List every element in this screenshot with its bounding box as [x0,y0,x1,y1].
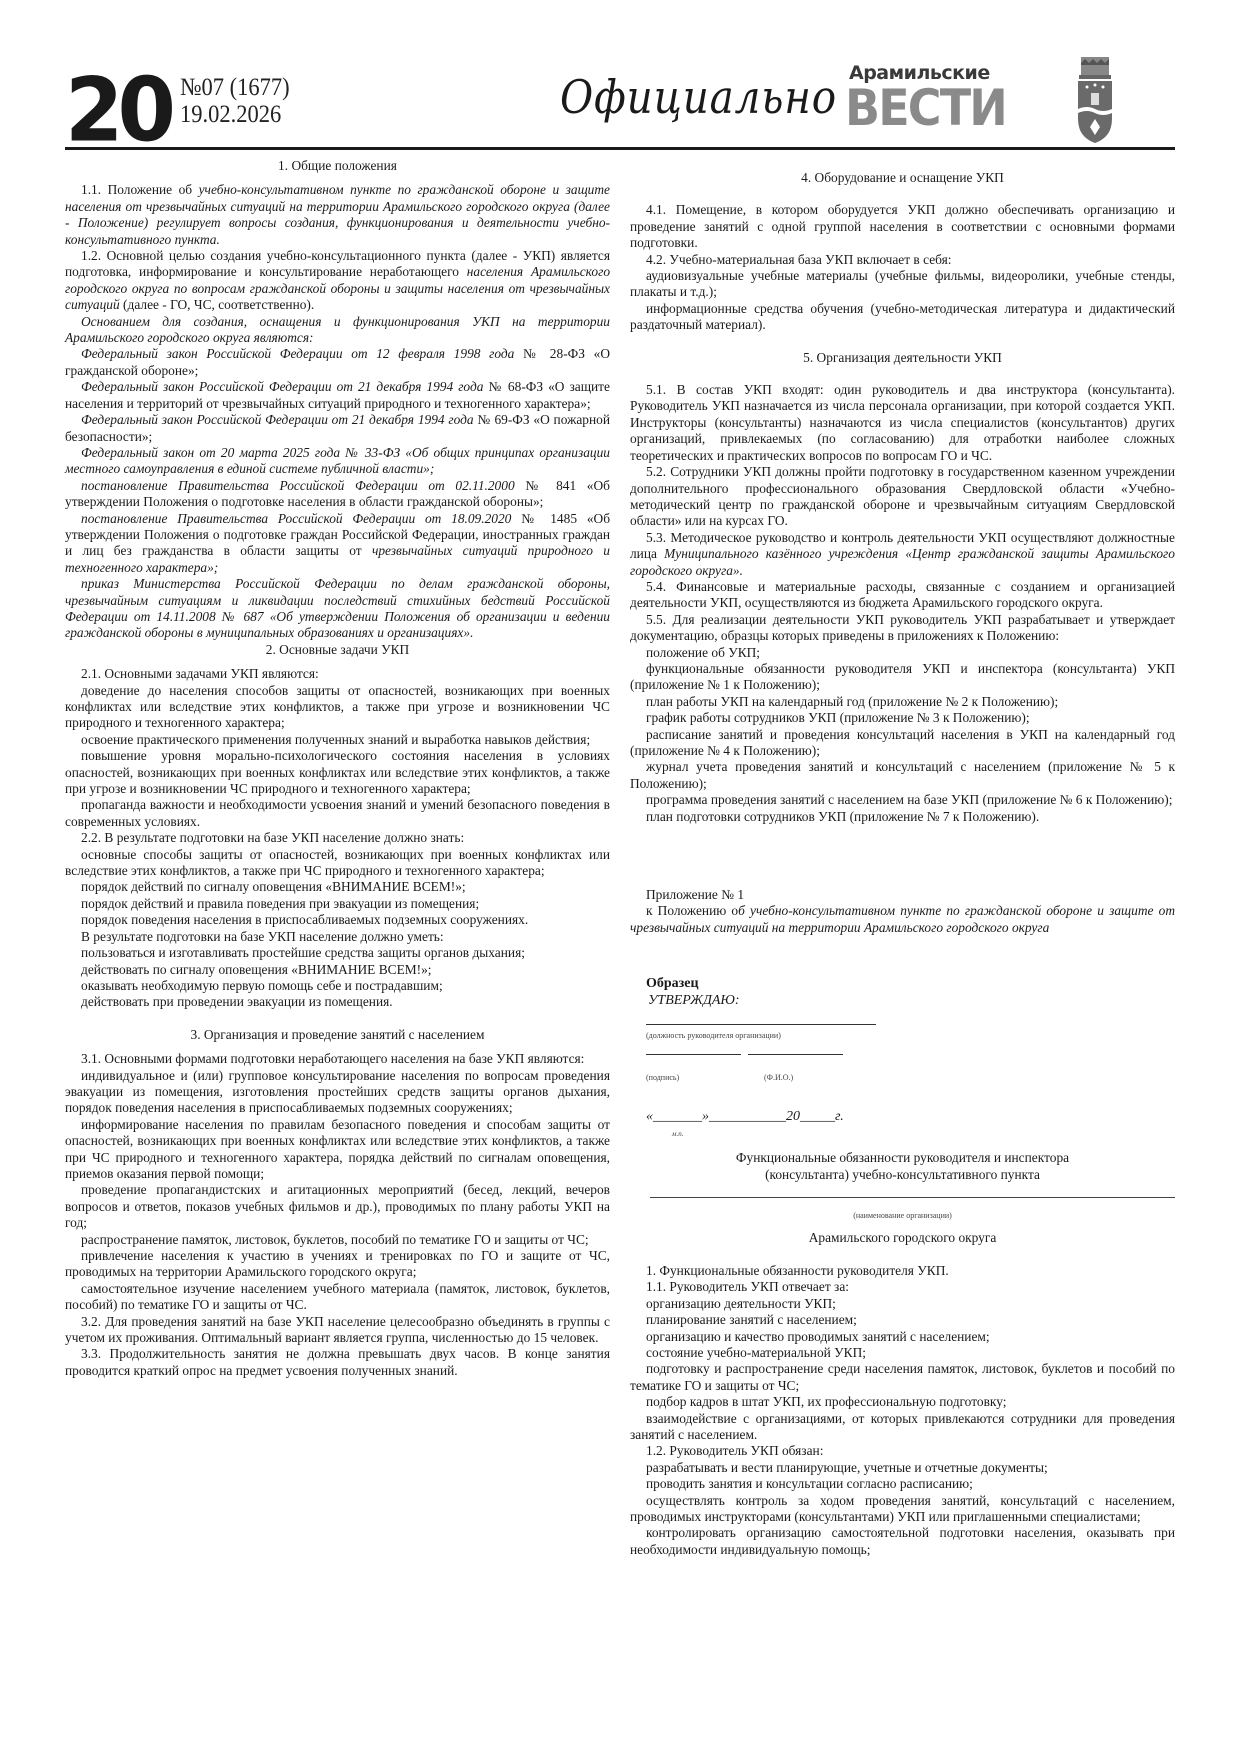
list-item: индивидуальное и (или) групповое консуль… [65,1068,610,1117]
list-item: план подготовки сотрудников УКП (приложе… [630,809,1175,825]
list-item: самостоятельное изучение населением учеб… [65,1281,610,1314]
law-item: Федеральный закон Российской Федерации о… [65,412,610,445]
issue-date: 19.02.2026 [180,101,290,128]
list-item: организацию деятельности УКП; [630,1296,1175,1312]
paragraph-5-4: 5.4. Финансовые и материальные расходы, … [630,579,1175,612]
signature-caption: (подпись) [646,1070,679,1086]
signature-line [646,1054,741,1055]
left-column: 1. Общие положения 1.1. Положение об уче… [65,158,610,1379]
list-item: функциональные обязанности руководителя … [630,661,1175,694]
list-item: положение об УКП; [630,645,1175,661]
documents-list: положение об УКП;функциональные обязанно… [630,645,1175,825]
list-item: доведение до населения способов защиты о… [65,683,610,732]
list-item: состояние учебно-материальной УКП; [630,1345,1175,1361]
list-item: организацию и качество проводимых заняти… [630,1329,1175,1345]
list-item: контролировать организацию самостоятельн… [630,1525,1175,1558]
section-2-list: 2.1. Основными задачами УКП являются:дов… [65,666,610,1011]
list-item: журнал учета проведения занятий и консул… [630,759,1175,792]
list-item: 2.1. Основными задачами УКП являются: [65,666,610,682]
stamp-caption: м.п. [672,1126,683,1142]
list-item: порядок действий и правила поведения при… [65,896,610,912]
list-item: действовать при проведении эвакуации из … [65,994,610,1010]
list-item: основные способы защиты от опасностей, в… [65,847,610,880]
law-item: постановление Правительства Российской Ф… [65,478,610,511]
list-item: планирование занятий с населением; [630,1312,1175,1328]
appendix-reference: к Положению об учебно-консультативном пу… [630,903,1175,936]
basis-paragraph: Основанием для создания, оснащения и фун… [65,314,610,347]
list-item: расписание занятий и проведения консульт… [630,727,1175,760]
list-item: программа проведения занятий с население… [630,792,1175,808]
list-item: 3.2. Для проведения занятий на базе УКП … [65,1314,610,1347]
list-item: 1.2. Руководитель УКП обязан: [630,1443,1175,1459]
list-item: информационные средства обучения (учебно… [630,301,1175,334]
law-item: приказ Министерства Российской Федерации… [65,576,610,642]
law-item: Федеральный закон Российской Федерации о… [65,346,610,379]
list-item: подготовку и распространение среди насел… [630,1361,1175,1394]
organization-caption: (наименование организации) [630,1208,1175,1224]
list-item: аудиовизуальные учебные материалы (учебн… [630,268,1175,301]
list-item: повышение уровня морально-психологическо… [65,748,610,797]
section-2-title: 2. Основные задачи УКП [65,642,610,658]
list-item: осуществлять контроль за ходом проведени… [630,1493,1175,1526]
list-item: оказывать необходимую первую помощь себе… [65,978,610,994]
law-item: Федеральный закон от 20 марта 2025 года … [65,445,610,478]
list-item: 4.1. Помещение, в котором оборудуется УК… [630,202,1175,251]
list-item: подбор кадров в штат УКП, их профессиона… [630,1394,1175,1410]
list-item: распространение памяток, листовок, букле… [65,1232,610,1248]
list-item: 3.3. Продолжительность занятия не должна… [65,1346,610,1379]
issue-number: №07 (1677) [180,74,290,101]
date-line: «_______»___________20_____г. [646,1109,844,1125]
paragraph-5-2: 5.2. Сотрудники УКП должны пройти подгот… [630,464,1175,530]
section-4-list: 4.1. Помещение, в котором оборудуется УК… [630,202,1175,333]
list-item: пропаганда важности и необходимости усво… [65,797,610,830]
list-item: проводить занятия и консультации согласн… [630,1476,1175,1492]
right-column: 4. Оборудование и оснащение УКП 4.1. Пом… [630,158,1175,1558]
coat-of-arms-icon [1075,57,1115,145]
list-item: информирование населения по правилам без… [65,1117,610,1183]
paragraph-1-2: 1.2. Основной целью создания учебно-конс… [65,248,610,314]
section-5-title: 5. Организация деятельности УКП [630,350,1175,366]
list-item: порядок поведения населения в приспосабл… [65,912,610,928]
organization-line [650,1189,1175,1198]
paragraph-5-1: 5.1. В состав УКП входят: один руководит… [630,382,1175,464]
duties-title: Функциональные обязанности руководителя … [630,1150,1175,1183]
section-rubric: Официально [560,70,837,124]
name-line [748,1054,843,1055]
list-item: действовать по сигналу оповещения «ВНИМА… [65,962,610,978]
section-4-title: 4. Оборудование и оснащение УКП [630,170,1175,186]
approval-form: Образец УТВЕРЖДАЮ: (должность руководите… [646,976,1175,1146]
approve-label: УТВЕРЖДАЮ: [648,993,740,1009]
position-line [646,1024,876,1025]
issue-info: №07 (1677) 19.02.2026 [180,74,290,128]
paragraph-5-3: 5.3. Методическое руководство и контроль… [630,530,1175,579]
organization-name: Арамильского городского округа [630,1230,1175,1246]
list-item: график работы сотрудников УКП (приложени… [630,710,1175,726]
header-rule [65,147,1175,150]
paragraph-1-1: 1.1. Положение об учебно-консультативном… [65,182,610,248]
section-1-title: 1. Общие положения [65,158,610,174]
list-item: 1. Функциональные обязанности руководите… [630,1263,1175,1279]
list-item: 4.2. Учебно-материальная база УКП включа… [630,252,1175,268]
duties-list: 1. Функциональные обязанности руководите… [630,1263,1175,1558]
law-item: постановление Правительства Российской Ф… [65,511,610,577]
sample-label: Образец [646,976,699,992]
section-3-title: 3. Организация и проведение занятий с на… [65,1027,610,1043]
list-item: В результате подготовки на базе УКП насе… [65,929,610,945]
list-item: план работы УКП на календарный год (прил… [630,694,1175,710]
law-item: Федеральный закон Российской Федерации о… [65,379,610,412]
list-item: разрабатывать и вести планирующие, учетн… [630,1460,1175,1476]
list-item: 3.1. Основными формами подготовки нерабо… [65,1051,610,1067]
masthead: 20 №07 (1677) 19.02.2026 Официально Арам… [65,60,1175,150]
list-item: привлечение населения к участию в учения… [65,1248,610,1281]
position-caption: (должность руководителя организации) [646,1028,781,1044]
paragraph-5-5: 5.5. Для реализации деятельности УКП рук… [630,612,1175,645]
logo-main-text: ВЕСТИ [845,80,1006,136]
appendix-title: Приложение № 1 [630,887,1175,903]
list-item: освоение практического применения получе… [65,732,610,748]
list-item: 2.2. В результате подготовки на базе УКП… [65,830,610,846]
name-caption: (Ф.И.О.) [764,1070,793,1086]
list-item: 1.1. Руководитель УКП отвечает за: [630,1279,1175,1295]
newspaper-logo: Арамильские ВЕСТИ [845,62,1025,142]
page-number: 20 [65,68,170,152]
list-item: пользоваться и изготавливать простейшие … [65,945,610,961]
list-item: взаимодействие с организациями, от котор… [630,1411,1175,1444]
section-3-list: 3.1. Основными формами подготовки нерабо… [65,1051,610,1379]
list-item: проведение пропагандистских и агитационн… [65,1182,610,1231]
list-item: порядок действий по сигналу оповещения «… [65,879,610,895]
